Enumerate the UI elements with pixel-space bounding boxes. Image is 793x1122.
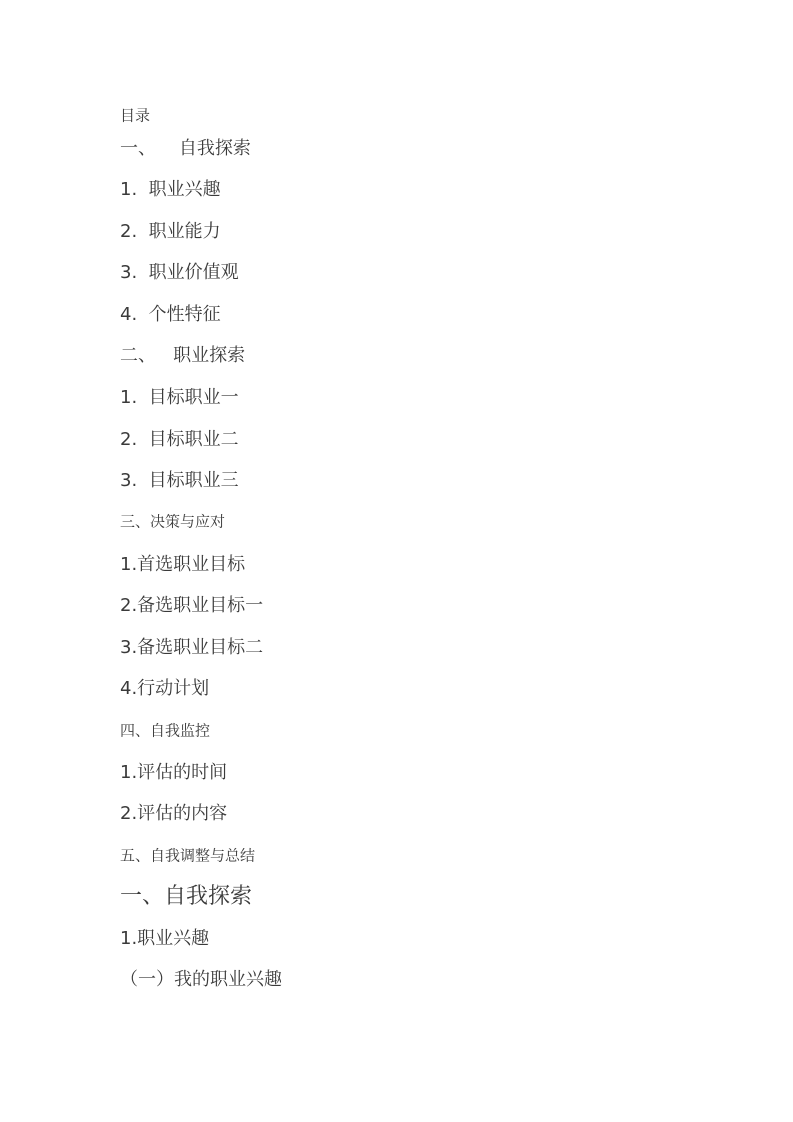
toc-title: 目录	[120, 109, 150, 124]
toc-entry-4-1: 1.评估的时间	[120, 764, 227, 782]
toc-entry-1-2: 2. 职业能力	[120, 223, 221, 241]
toc-entry-section-3: 三、决策与应对	[120, 515, 225, 530]
toc-entry-section-2: 二、 职业探索	[120, 347, 245, 365]
toc-entry-1-1: 1. 职业兴趣	[120, 181, 221, 199]
toc-entry-3-2: 2.备选职业目标一	[120, 597, 263, 615]
document-page: 目录 一、 自我探索 1. 职业兴趣 2. 职业能力 3. 职业价值观 4. 个…	[0, 0, 793, 1122]
toc-entry-2-2: 2. 目标职业二	[120, 431, 239, 449]
toc-entry-2-1: 1. 目标职业一	[120, 389, 239, 407]
toc-entry-3-4: 4.行动计划	[120, 680, 209, 698]
toc-entry-3-1: 1.首选职业目标	[120, 556, 245, 574]
toc-entry-section-5: 五、自我调整与总结	[120, 849, 255, 864]
subsection-heading: 1.职业兴趣	[120, 930, 209, 948]
toc-entry-2-3: 3. 目标职业三	[120, 472, 239, 490]
toc-entry-section-4: 四、自我监控	[120, 724, 210, 739]
toc-entry-1-3: 3. 职业价值观	[120, 264, 239, 282]
toc-entry-4-2: 2.评估的内容	[120, 805, 227, 823]
sub-subsection-heading: （一）我的职业兴趣	[120, 971, 282, 989]
section-heading: 一、自我探索	[120, 886, 252, 908]
toc-entry-3-3: 3.备选职业目标二	[120, 639, 263, 657]
toc-entry-1-4: 4. 个性特征	[120, 306, 221, 324]
toc-entry-section-1: 一、 自我探索	[120, 140, 251, 158]
